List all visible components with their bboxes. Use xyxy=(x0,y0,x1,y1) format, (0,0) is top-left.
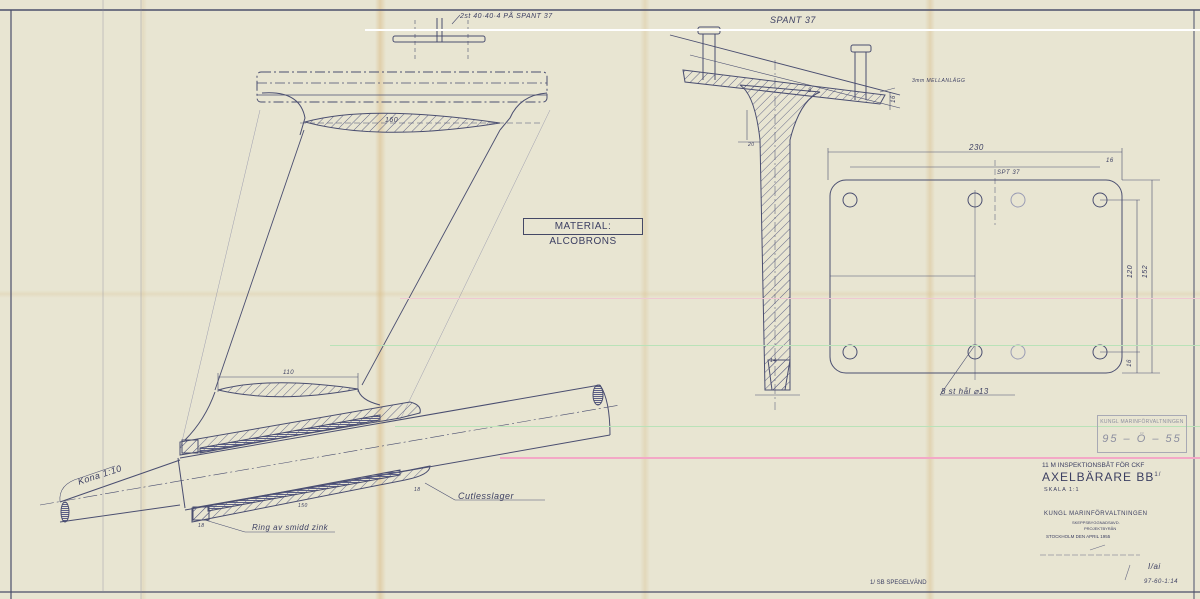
bearing-label: Cutlesslager xyxy=(458,491,514,501)
approval-stamp: KUNGL MARINFÖRVALTNINGEN 95 – Ö – 55 xyxy=(1097,415,1187,453)
t-section-view xyxy=(670,27,900,410)
scan-artifact-pink xyxy=(500,457,1200,459)
title-place-date: STOCKHOLM DEN APRIL 1955 xyxy=(1046,534,1110,539)
title-scale: SKALA 1:1 xyxy=(1044,487,1080,493)
title-dept: SKEPPSBYGGNADSAVD. xyxy=(1072,520,1120,525)
top-note: 2st 40·40·4 PÅ SPANT 37 xyxy=(460,13,553,20)
sheet-border xyxy=(0,0,1200,599)
dim-tip: 14 xyxy=(770,358,777,364)
dim-strut-upper: 160 xyxy=(385,117,398,124)
title-org: KUNGL MARINFÖRVALTNINGEN xyxy=(1044,511,1147,517)
scan-artifact-white xyxy=(365,29,1200,31)
mellanlagg-note: 3mm MELLANLÄGG xyxy=(912,78,965,84)
dim-web: 20 xyxy=(748,142,755,148)
scan-artifact-green xyxy=(330,345,1200,346)
stamp-number: 95 – Ö – 55 xyxy=(1098,433,1186,445)
title-ref: 97-60-1:14 xyxy=(1144,579,1178,585)
dim-hole-offset-top: 16 xyxy=(1106,158,1114,164)
dim-hole-offset-side: 16 xyxy=(1127,359,1133,367)
scan-artifact-lightpink xyxy=(400,298,1200,299)
dim-flange-gap: 16 xyxy=(891,95,897,103)
title-office: PROJEKTBYRÅN xyxy=(1084,526,1116,531)
strut-top-view xyxy=(40,0,620,592)
dim-bearing-end: 18 xyxy=(414,487,421,493)
plate-view xyxy=(828,148,1160,395)
dim-plate-inner-height: 120 xyxy=(1127,265,1134,278)
dim-sleeve-length: 150 xyxy=(298,503,308,509)
dim-flange-thickness: 8 xyxy=(808,88,812,94)
dim-plate-width: 230 xyxy=(969,143,984,152)
title-sup: 1/ xyxy=(1154,472,1161,478)
material-label: MATERIAL: ALCOBRONS xyxy=(523,218,643,235)
frame-label: SPANT 37 xyxy=(770,15,816,25)
title-text: AXELBÄRARE BB xyxy=(1042,470,1154,484)
dim-ring: 18 xyxy=(198,523,205,529)
title-line1: 11 M INSPEKTIONSBÅT FÖR CKF xyxy=(1042,462,1144,469)
spant-marker: SPT 37 xyxy=(997,170,1020,176)
mirror-note: 1/ SB SPEGELVÄND xyxy=(870,580,927,586)
technical-drawing xyxy=(0,0,1200,599)
dim-plate-height: 152 xyxy=(1142,265,1149,278)
scan-artifact-green-2 xyxy=(395,426,1200,427)
ring-label: Ring av smidd zink xyxy=(252,523,328,532)
title-main: AXELBÄRARE BB1/ xyxy=(1042,470,1161,484)
hole-note: 8 st hål ⌀13 xyxy=(941,387,989,396)
dim-strut-lower: 110 xyxy=(283,370,294,376)
stamp-header: KUNGL MARINFÖRVALTNINGEN xyxy=(1098,419,1186,425)
title-initials: I/ai xyxy=(1148,562,1161,571)
title-block-rules xyxy=(1040,545,1140,580)
